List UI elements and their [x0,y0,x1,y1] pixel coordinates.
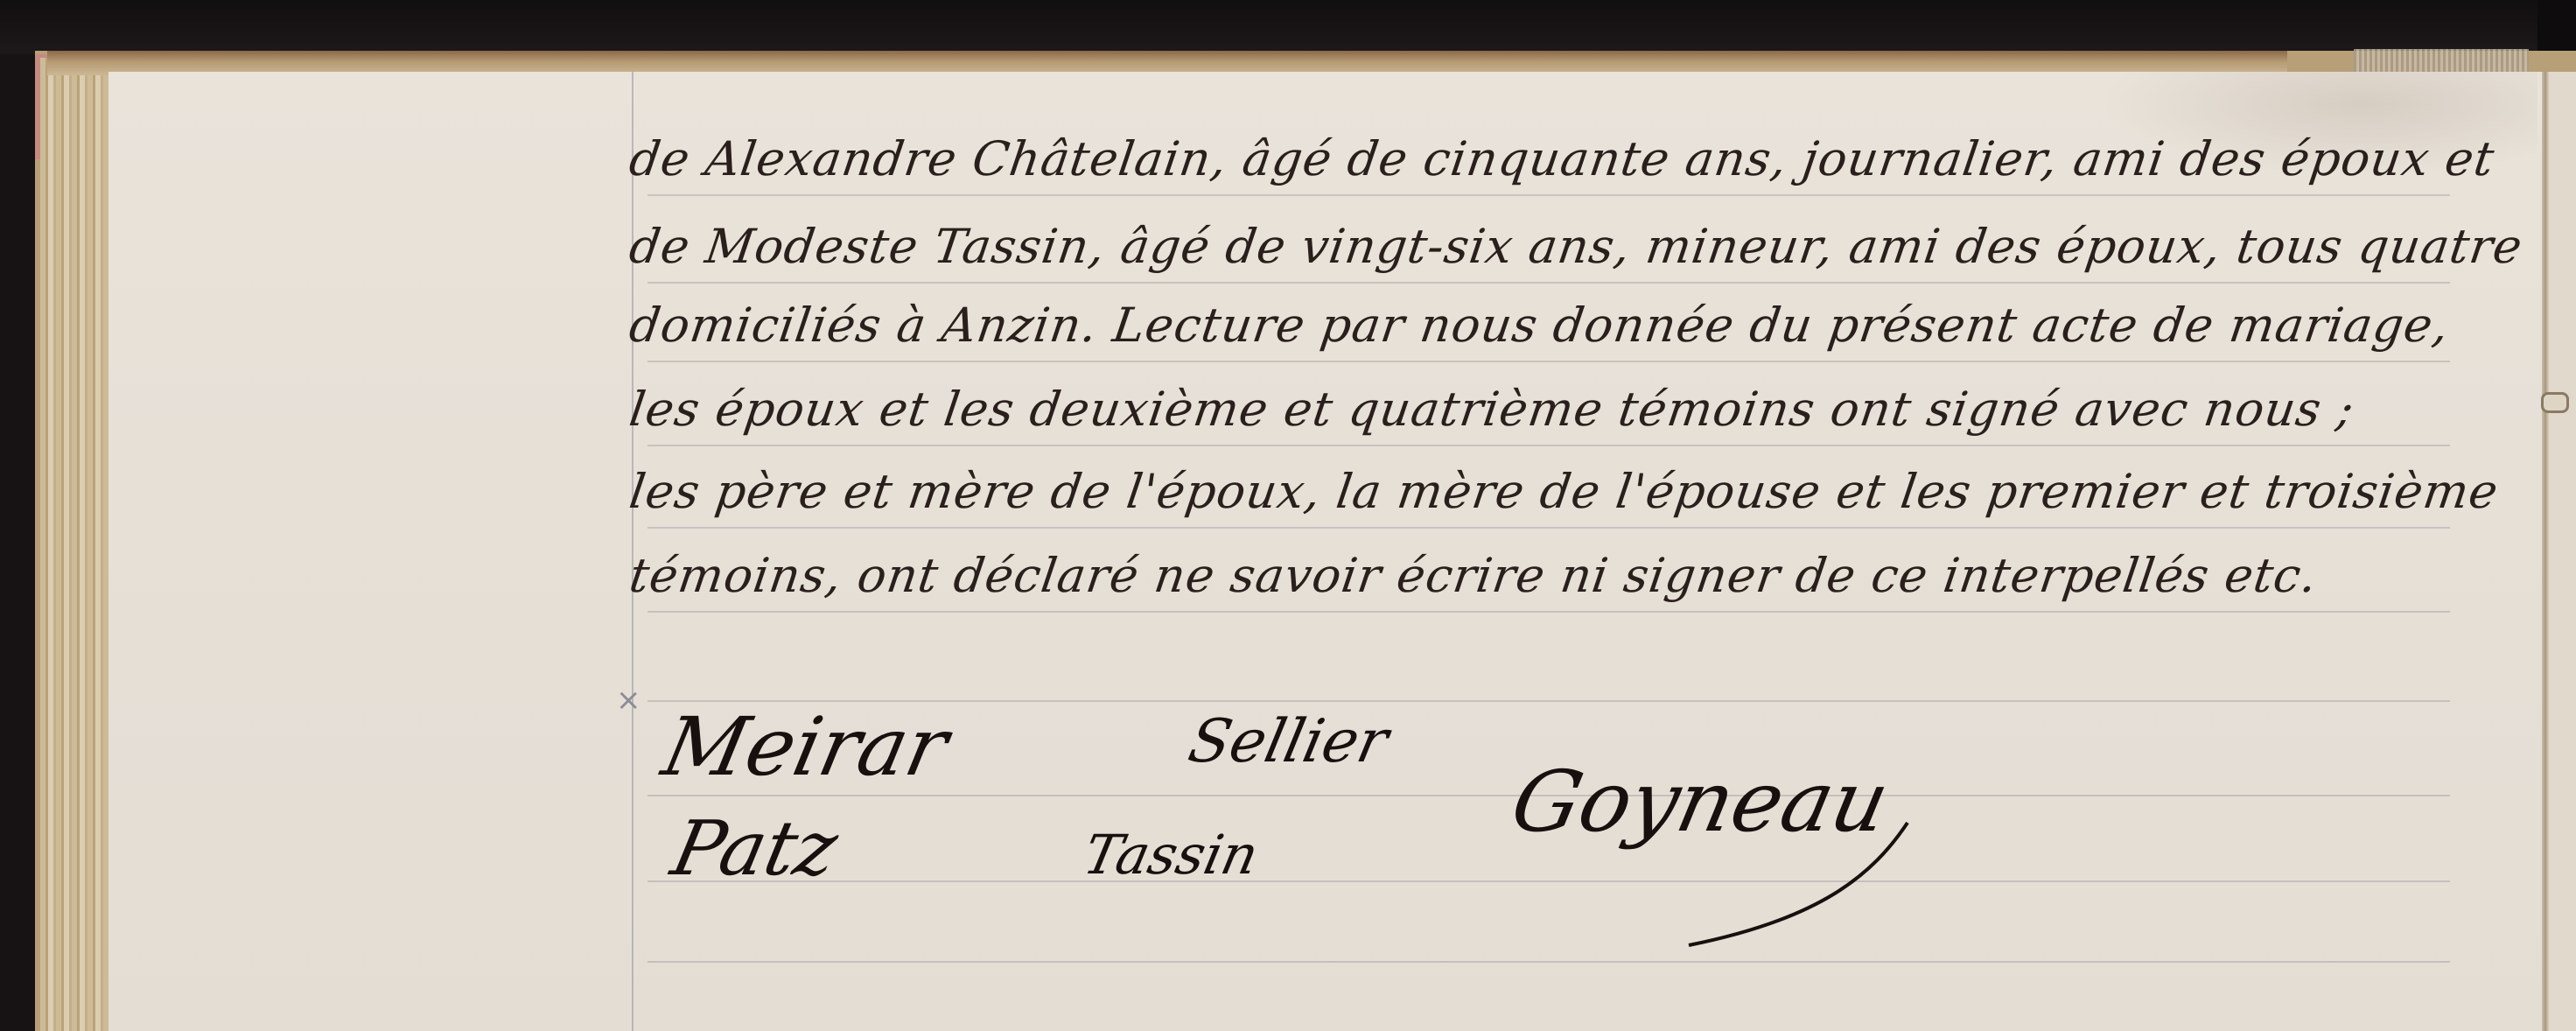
background-top [0,0,2576,54]
ruled-line [647,361,2450,362]
signature-sellier: Sellier [1183,707,1395,776]
signature-flourish [1680,814,1942,954]
signature-tassin: Tassin [1078,823,1263,887]
binding-stitch [2541,392,2569,413]
ruled-line [647,611,2450,613]
record-line-4: les époux et les deuxième et quatrième t… [626,382,2358,437]
ruled-line [647,194,2450,196]
ruled-line [647,961,2450,963]
ruled-line [647,880,2450,882]
record-line-3: domiciliés à Anzin. Lecture par nous don… [626,298,2453,353]
binding-gauze [2354,49,2529,72]
page-stack-edge [40,58,108,1031]
record-line-1: de Alexandre Châtelain, âgé de cinquante… [626,131,2498,186]
record-line-2: de Modeste Tassin, âgé de vingt-six ans,… [626,219,2526,274]
record-line-6: témoins, ont déclaré ne savoir écrire ni… [626,548,2321,603]
margin-cross-mark: × [616,683,641,718]
facing-page-edge [2549,72,2576,1031]
record-line-5: les père et mère de l'époux, la mère de … [626,464,2502,519]
ruled-line [647,527,2450,529]
ruled-line [647,282,2450,284]
signature-patz: Patz [664,805,844,893]
signature-meirar: Meirar [655,700,956,794]
ruled-line [647,445,2450,446]
page-gutter [2542,72,2549,1031]
